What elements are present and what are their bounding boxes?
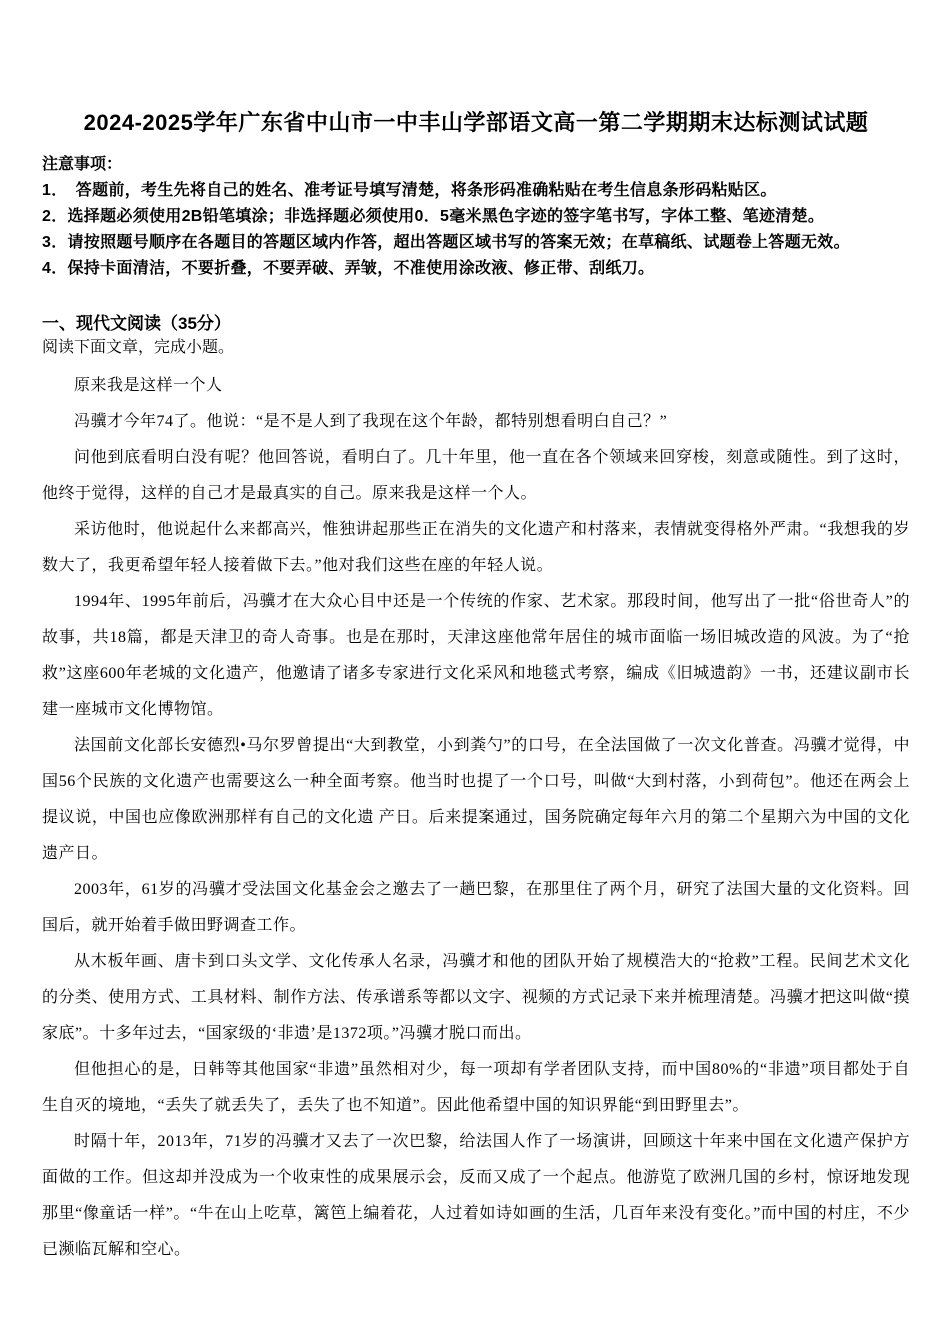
passage-essay-title: 原来我是这样一个人 (42, 368, 910, 404)
passage-paragraph: 1994年、1995年前后，冯骥才在大众心目中还是一个传统的作家、艺术家。那段时… (42, 584, 910, 728)
exam-paper-page: 2024-2025学年广东省中山市一中丰山学部语文高一第二学期期末达标测试试题 … (0, 0, 950, 1344)
passage-paragraph: 法国前文化部长安德烈•马尔罗曾提出“大到教堂，小到粪勺”的口号，在全法国做了一次… (42, 728, 910, 872)
notice-section: 注意事项： 1． 答题前，考生先将自己的姓名、准考证号填写清楚，将条形码准确粘贴… (42, 152, 910, 282)
notice-item: 2．选择题必须使用2B铅笔填涂；非选择题必须使用0．5毫米黑色字迹的签字笔书写，… (42, 204, 910, 230)
reading-intro: 阅读下面文章，完成小题。 (42, 336, 910, 360)
passage-paragraph: 问他到底看明白没有呢？他回答说，看明白了。几十年里，他一直在各个领域来回穿梭，刻… (42, 440, 910, 512)
passage-paragraph: 采访他时，他说起什么来都高兴，惟独讲起那些正在消失的文化遗产和村落来，表情就变得… (42, 512, 910, 584)
notice-heading: 注意事项： (42, 152, 910, 178)
passage-paragraph: 2003年，61岁的冯骥才受法国文化基金会之邀去了一趟巴黎，在那里住了两个月，研… (42, 872, 910, 944)
reading-passage: 原来我是这样一个人 冯骥才今年74了。他说：“是不是人到了我现在这个年龄，都特别… (42, 368, 910, 1268)
section-one: 一、现代文阅读（35分） 阅读下面文章，完成小题。 原来我是这样一个人 冯骥才今… (42, 312, 910, 1268)
notice-item: 3．请按照题号顺序在各题目的答题区域内作答，超出答题区域书写的答案无效；在草稿纸… (42, 230, 910, 256)
document-title: 2024-2025学年广东省中山市一中丰山学部语文高一第二学期期末达标测试试题 (42, 108, 910, 138)
passage-paragraph: 冯骥才今年74了。他说：“是不是人到了我现在这个年龄，都特别想看明白自己？” (42, 404, 910, 440)
passage-paragraph: 但他担心的是，日韩等其他国家“非遗”虽然相对少，每一项却有学者团队支持，而中国8… (42, 1052, 910, 1124)
notice-item: 4．保持卡面清洁，不要折叠，不要弄破、弄皱，不准使用涂改液、修正带、刮纸刀。 (42, 256, 910, 282)
passage-paragraph: 从木板年画、唐卡到口头文学、文化传承人名录，冯骥才和他的团队开始了规模浩大的“抢… (42, 944, 910, 1052)
passage-paragraph: 时隔十年，2013年，71岁的冯骥才又去了一次巴黎，给法国人作了一场演讲，回顾这… (42, 1124, 910, 1268)
section-one-heading: 一、现代文阅读（35分） (42, 312, 910, 336)
notice-item: 1． 答题前，考生先将自己的姓名、准考证号填写清楚，将条形码准确粘贴在考生信息条… (42, 178, 910, 204)
